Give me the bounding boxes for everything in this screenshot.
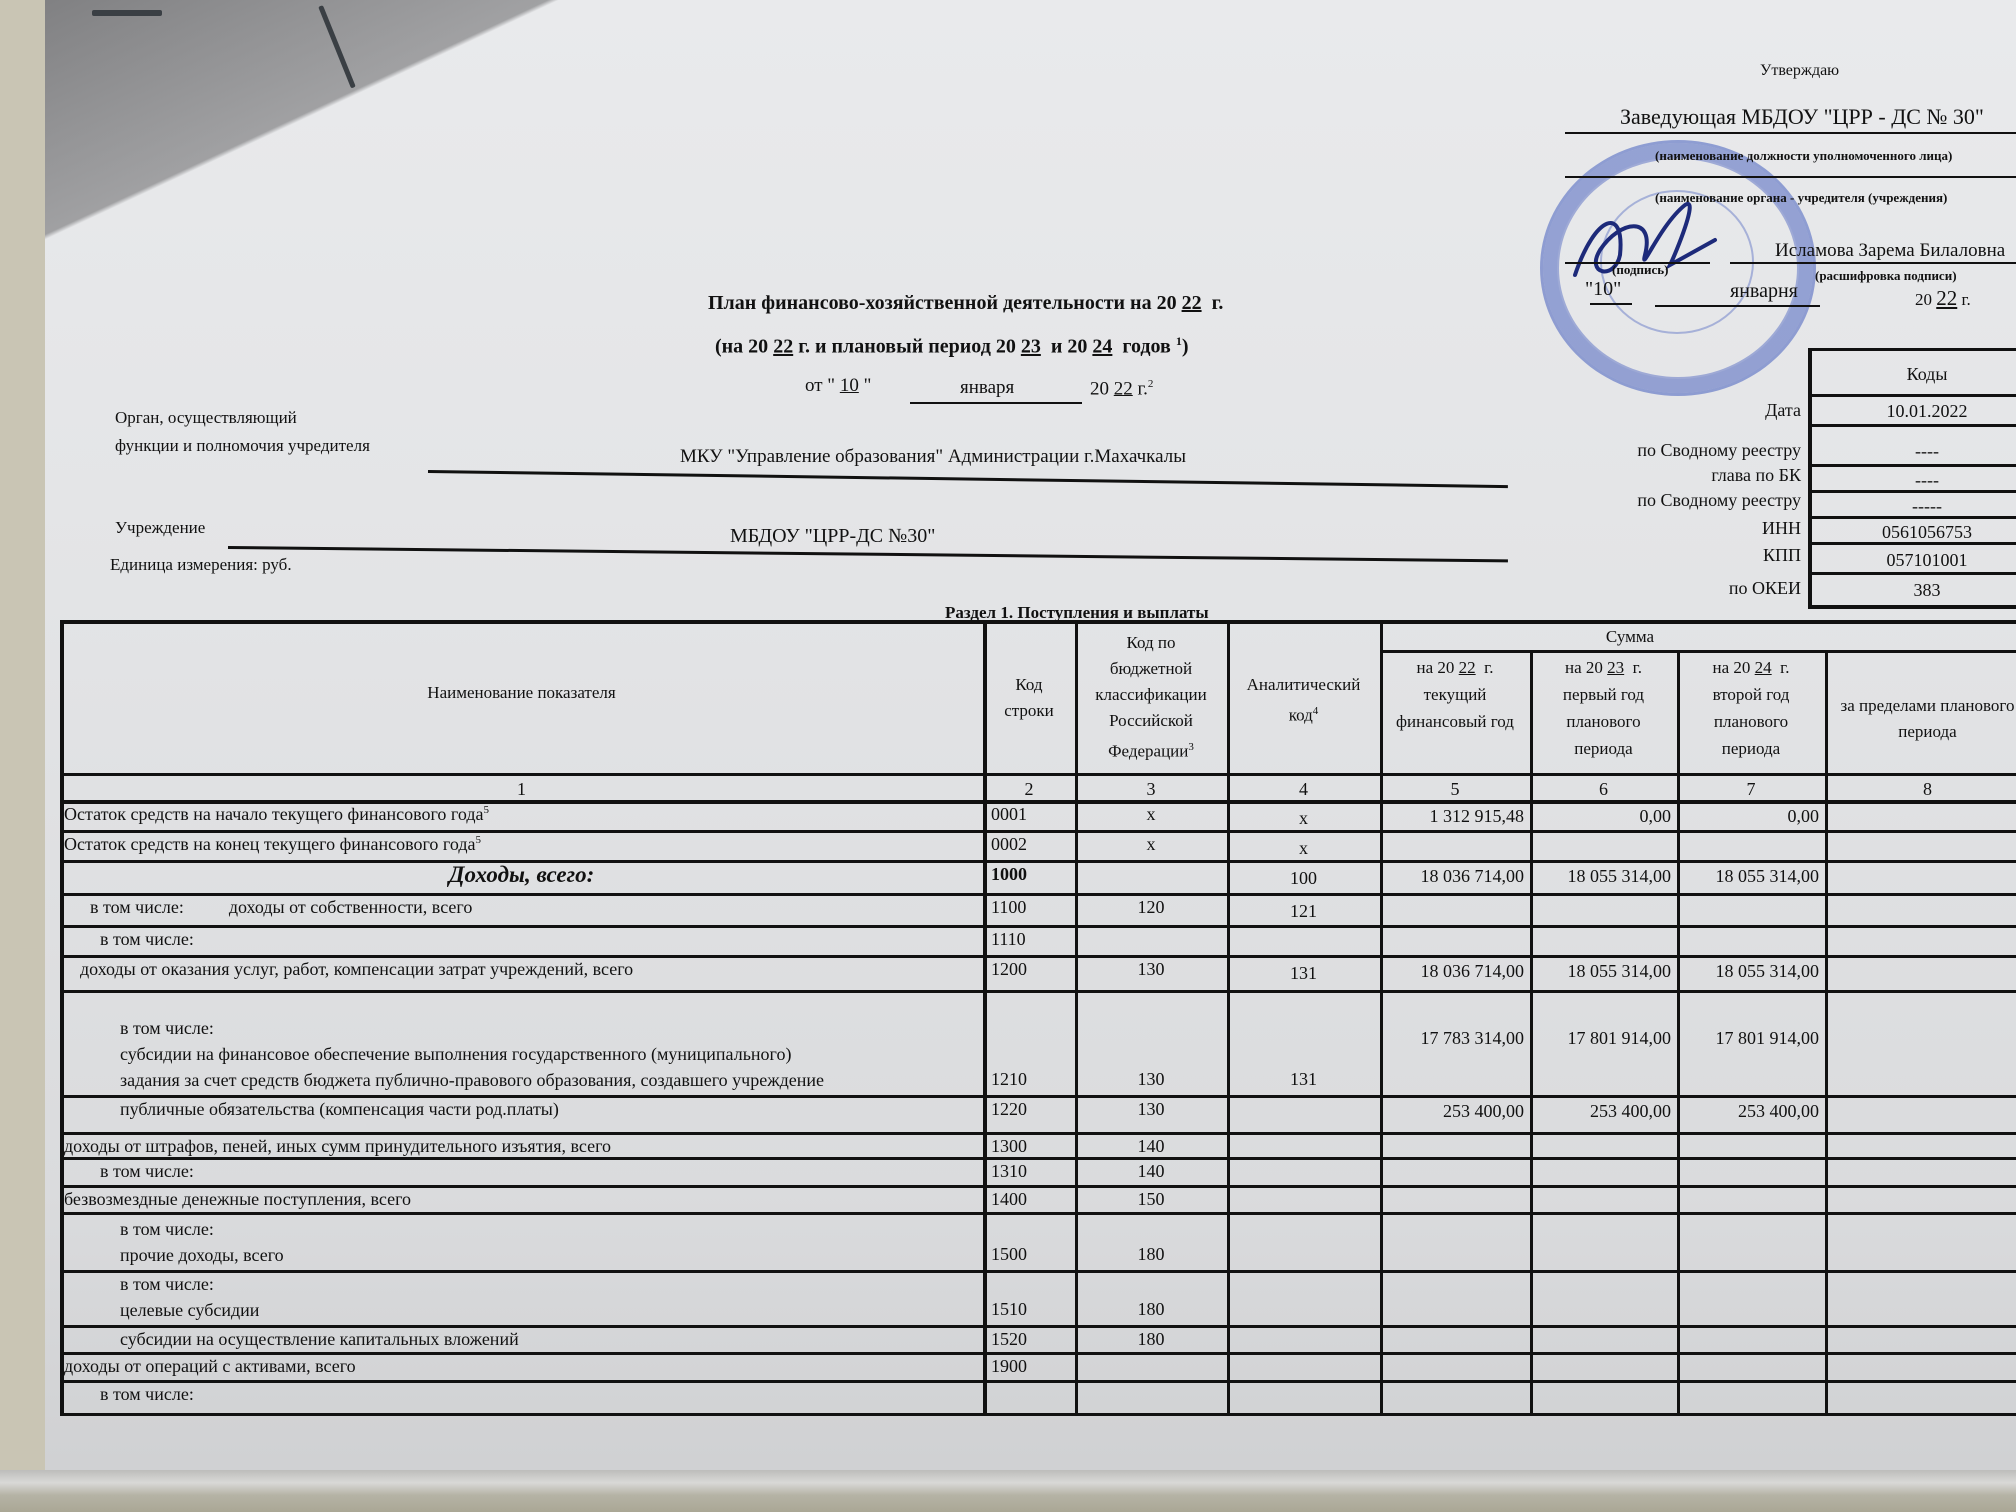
row-border: [60, 990, 2016, 993]
subtitle-part: годов: [1122, 336, 1170, 358]
name-underline: [1730, 262, 2016, 264]
codes-label-4: ИНН: [1762, 518, 1801, 539]
row-name: доходы от операций с активами, всего: [64, 1356, 356, 1377]
row-amount-v1: 1 312 915,48: [1380, 806, 1524, 827]
row-amount-v1: 18 036 714,00: [1380, 866, 1524, 887]
row-analytic-code: 121: [1227, 901, 1380, 922]
row-code: 1300: [991, 1136, 1027, 1157]
paper-stack-edge: [0, 1470, 2016, 1512]
row-border: [60, 1157, 2016, 1160]
header-analytic-code: Аналитическийкод4: [1227, 672, 1380, 729]
column-number: 4: [1227, 776, 1380, 802]
year: 22: [1114, 378, 1133, 399]
row-analytic-code: 131: [1227, 1069, 1380, 1090]
code-kpp: 057101001: [1812, 545, 2016, 575]
header-sum: Сумма: [1380, 624, 1880, 650]
row-border: [60, 1095, 2016, 1098]
row-name: Остаток средств на конец текущего финанс…: [64, 834, 481, 855]
row-budget-code: 180: [1075, 1244, 1227, 1265]
row-name: в том числе:доходы от собственности, все…: [90, 897, 472, 918]
approver-position: Заведующая МБДОУ "ЦРР - ДС № 30": [1620, 104, 1984, 130]
row-code: 0002: [991, 834, 1027, 855]
row-code: 1220: [991, 1099, 1027, 1120]
month-underline: [1655, 305, 1820, 307]
date-part: от ": [805, 375, 835, 396]
codes-box: Коды 10.01.2022 ---- ---- ----- 05610567…: [1808, 348, 2016, 609]
column-number: 5: [1380, 776, 1530, 802]
column-border: [983, 620, 987, 1413]
row-border: [60, 925, 2016, 928]
row-code: 1900: [991, 1356, 1027, 1377]
row-border: [60, 1185, 2016, 1188]
approval-date-day: "10": [1585, 278, 1621, 301]
column-number: 2: [983, 776, 1075, 802]
row-border: [60, 893, 2016, 896]
codes-label-1: по Сводному реестру: [1637, 440, 1801, 461]
code-okei: 383: [1812, 575, 2016, 605]
row-border: [60, 955, 2016, 958]
column-border: [1380, 620, 1383, 1413]
doc-month-underline: [910, 402, 1082, 404]
row-amount-v3: 18 055 314,00: [1677, 866, 1819, 887]
row-budget-code: x: [1075, 834, 1227, 855]
row-analytic-code: 131: [1227, 963, 1380, 984]
row-code: 1310: [991, 1161, 1027, 1182]
row-border: [60, 1380, 2016, 1383]
row-border: [60, 1325, 2016, 1328]
date-part: ": [864, 375, 872, 396]
row-code: 1520: [991, 1329, 1027, 1350]
document-subtitle: (на 20 22 г. и плановый период 20 23 и 2…: [715, 334, 1188, 359]
subtitle-year: 24: [1092, 336, 1112, 358]
row-code: 1210: [991, 1069, 1027, 1090]
institution-value: МБДОУ "ЦРР-ДС №30": [730, 525, 935, 548]
row-code: 1100: [991, 897, 1026, 918]
row-border: [60, 830, 2016, 833]
title-year: 22: [1182, 292, 1202, 314]
quote: ": [1613, 278, 1621, 300]
code-registry-1: ----: [1812, 427, 2016, 467]
row-code: 1400: [991, 1189, 1027, 1210]
year-suffix: г.: [1962, 290, 1971, 309]
subtitle-part: ): [1182, 336, 1189, 358]
signer-name: Исламова Зарема Билаловна: [1775, 240, 2005, 262]
row-name: доходы от оказания услуг, работ, компенс…: [80, 959, 633, 980]
title-text: План финансово-хозяйственной деятельност…: [708, 292, 1177, 314]
approve-label: Утверждаю: [1760, 62, 1839, 80]
document-date-month: января: [960, 377, 1014, 399]
approval-date-month: январня: [1730, 280, 1798, 303]
title-suffix: г.: [1212, 292, 1224, 314]
row-border: [60, 1212, 2016, 1215]
header-year-y2: на 20 23 г.первый годплановогопериода: [1530, 654, 1677, 762]
row-budget-code: 130: [1075, 959, 1227, 980]
row-name: публичные обязательства (компенсация час…: [120, 1099, 559, 1120]
row-code: 1200: [991, 959, 1027, 980]
code-registry-2: -----: [1812, 493, 2016, 519]
signature-caption: (подпись): [1612, 262, 1668, 278]
approval-date-year: 20 22 г.: [1915, 286, 1971, 311]
row-code: 1000: [991, 864, 1027, 885]
year-suffix: г.: [1138, 378, 1148, 399]
org-underline: [1565, 176, 2016, 178]
quote: ": [1585, 278, 1593, 300]
signer-caption: (расшифровка подписи): [1815, 268, 1957, 284]
position-caption: (наименование должности уполномоченного …: [1655, 148, 1952, 164]
row-name: в том числе:: [100, 929, 194, 950]
header-budget-code: Код побюджетнойклассификацииРоссийскойФе…: [1075, 630, 1227, 765]
founder-value: МКУ "Управление образования" Администрац…: [680, 446, 1186, 468]
row-amount-v3: 0,00: [1677, 806, 1819, 827]
year-prefix: 20: [1915, 290, 1932, 309]
row-budget-code: 180: [1075, 1299, 1227, 1320]
codes-label-0: Дата: [1765, 400, 1801, 421]
year-prefix: 20: [1090, 378, 1109, 399]
column-number: 3: [1075, 776, 1227, 802]
row-border: [60, 1132, 2016, 1135]
row-border: [60, 1352, 2016, 1355]
document-date-year: 20 22 г.2: [1090, 378, 1153, 400]
codes-label-5: КПП: [1763, 545, 1801, 566]
row-budget-code: 180: [1075, 1329, 1227, 1350]
row-budget-code: x: [1075, 804, 1227, 825]
row-name: Остаток средств на начало текущего финан…: [64, 804, 489, 825]
row-amount-v2: 253 400,00: [1530, 1101, 1671, 1122]
codes-label-6: по ОКЕИ: [1729, 578, 1801, 599]
day-underline: [1590, 303, 1632, 305]
document-date: от " 10 ": [805, 375, 871, 397]
row-code: 0001: [991, 804, 1027, 825]
row-name: в том числе:: [100, 1161, 194, 1182]
header-row-code: Код строки: [983, 672, 1075, 724]
row-name: в том числе:: [100, 1384, 194, 1405]
row-name: в том числе: прочие доходы, всего: [120, 1216, 284, 1268]
day: 10: [1593, 278, 1613, 300]
row-amount-v2: 17 801 914,00: [1530, 1028, 1671, 1049]
row-name: доходы от штрафов, пеней, иных сумм прин…: [64, 1136, 611, 1157]
institution-label: Учреждение: [115, 518, 205, 538]
subtitle-part: (на 20: [715, 336, 768, 358]
row-budget-code: 120: [1075, 897, 1227, 918]
header-beyond: за пределами плановогопериода: [1825, 693, 2016, 745]
row-name: в том числе: субсидии на финансовое обес…: [120, 1015, 824, 1093]
founder-label-1: Орган, осуществляющий: [115, 408, 297, 428]
subtitle-year: 23: [1021, 336, 1041, 358]
unit-label: Единица измерения: руб.: [110, 555, 292, 575]
column-border: [1227, 620, 1230, 1413]
footnote-marker: 2: [1148, 378, 1154, 390]
row-border: [60, 1413, 2016, 1416]
column-number: 7: [1677, 776, 1825, 802]
codes-label-2: глава по БК: [1711, 465, 1801, 486]
row-name: безвозмездные денежные поступления, всег…: [64, 1189, 411, 1210]
row-name: субсидии на осуществление капитальных вл…: [120, 1329, 519, 1350]
row-code: 1110: [991, 929, 1026, 950]
code-date: 10.01.2022: [1812, 397, 2016, 427]
code-inn: 0561056753: [1812, 519, 2016, 545]
row-analytic-code: x: [1227, 808, 1380, 829]
sum-header-border: [1380, 650, 2016, 653]
row-budget-code: 130: [1075, 1069, 1227, 1090]
year: 22: [1936, 286, 1957, 310]
header-year-y3: на 20 24 г.второй годплановогопериода: [1677, 654, 1825, 762]
subtitle-part: г. и плановый период 20: [798, 336, 1016, 358]
date-day: 10: [840, 375, 859, 396]
column-border: [60, 620, 64, 1413]
position-underline: [1565, 132, 2016, 134]
org-caption: (наименование органа - учредителя (учреж…: [1655, 190, 1947, 206]
row-budget-code: 130: [1075, 1099, 1227, 1120]
row-amount-v3: 18 055 314,00: [1677, 961, 1819, 982]
code-bk-chapter: ----: [1812, 467, 2016, 493]
row-amount-v1: 253 400,00: [1380, 1101, 1524, 1122]
header-name: Наименование показателя: [60, 680, 983, 706]
row-amount-v2: 18 055 314,00: [1530, 866, 1671, 887]
row-budget-code: 150: [1075, 1189, 1227, 1210]
row-budget-code: 140: [1075, 1161, 1227, 1182]
row-budget-code: 140: [1075, 1136, 1227, 1157]
row-analytic-code: 100: [1227, 868, 1380, 889]
row-name: в том числе: целевые субсидии: [120, 1271, 259, 1323]
row-code: 1510: [991, 1299, 1027, 1320]
subtitle-part: и 20: [1051, 336, 1088, 358]
staple-left: [92, 10, 162, 16]
founder-label-2: функции и полномочия учредителя: [115, 436, 370, 456]
row-amount-v1: 18 036 714,00: [1380, 961, 1524, 982]
row-amount-v1: 17 783 314,00: [1380, 1028, 1524, 1049]
row-border: [60, 1270, 2016, 1273]
column-number: 8: [1825, 776, 2016, 802]
codes-label-3: по Сводному реестру: [1637, 490, 1801, 511]
row-name: Доходы, всего:: [60, 862, 983, 888]
column-number: 1: [60, 776, 983, 802]
codes-title: Коды: [1812, 351, 2016, 397]
row-analytic-code: x: [1227, 838, 1380, 859]
document-title: План финансово-хозяйственной деятельност…: [708, 292, 1223, 315]
row-amount-v3: 17 801 914,00: [1677, 1028, 1819, 1049]
column-number: 6: [1530, 776, 1677, 802]
row-amount-v3: 253 400,00: [1677, 1101, 1819, 1122]
subtitle-year: 22: [773, 336, 793, 358]
row-amount-v2: 18 055 314,00: [1530, 961, 1671, 982]
row-code: 1500: [991, 1244, 1027, 1265]
column-border: [1825, 650, 1828, 1413]
row-amount-v2: 0,00: [1530, 806, 1671, 827]
header-year-y1: на 20 22 г.текущийфинансовый год: [1380, 654, 1530, 735]
